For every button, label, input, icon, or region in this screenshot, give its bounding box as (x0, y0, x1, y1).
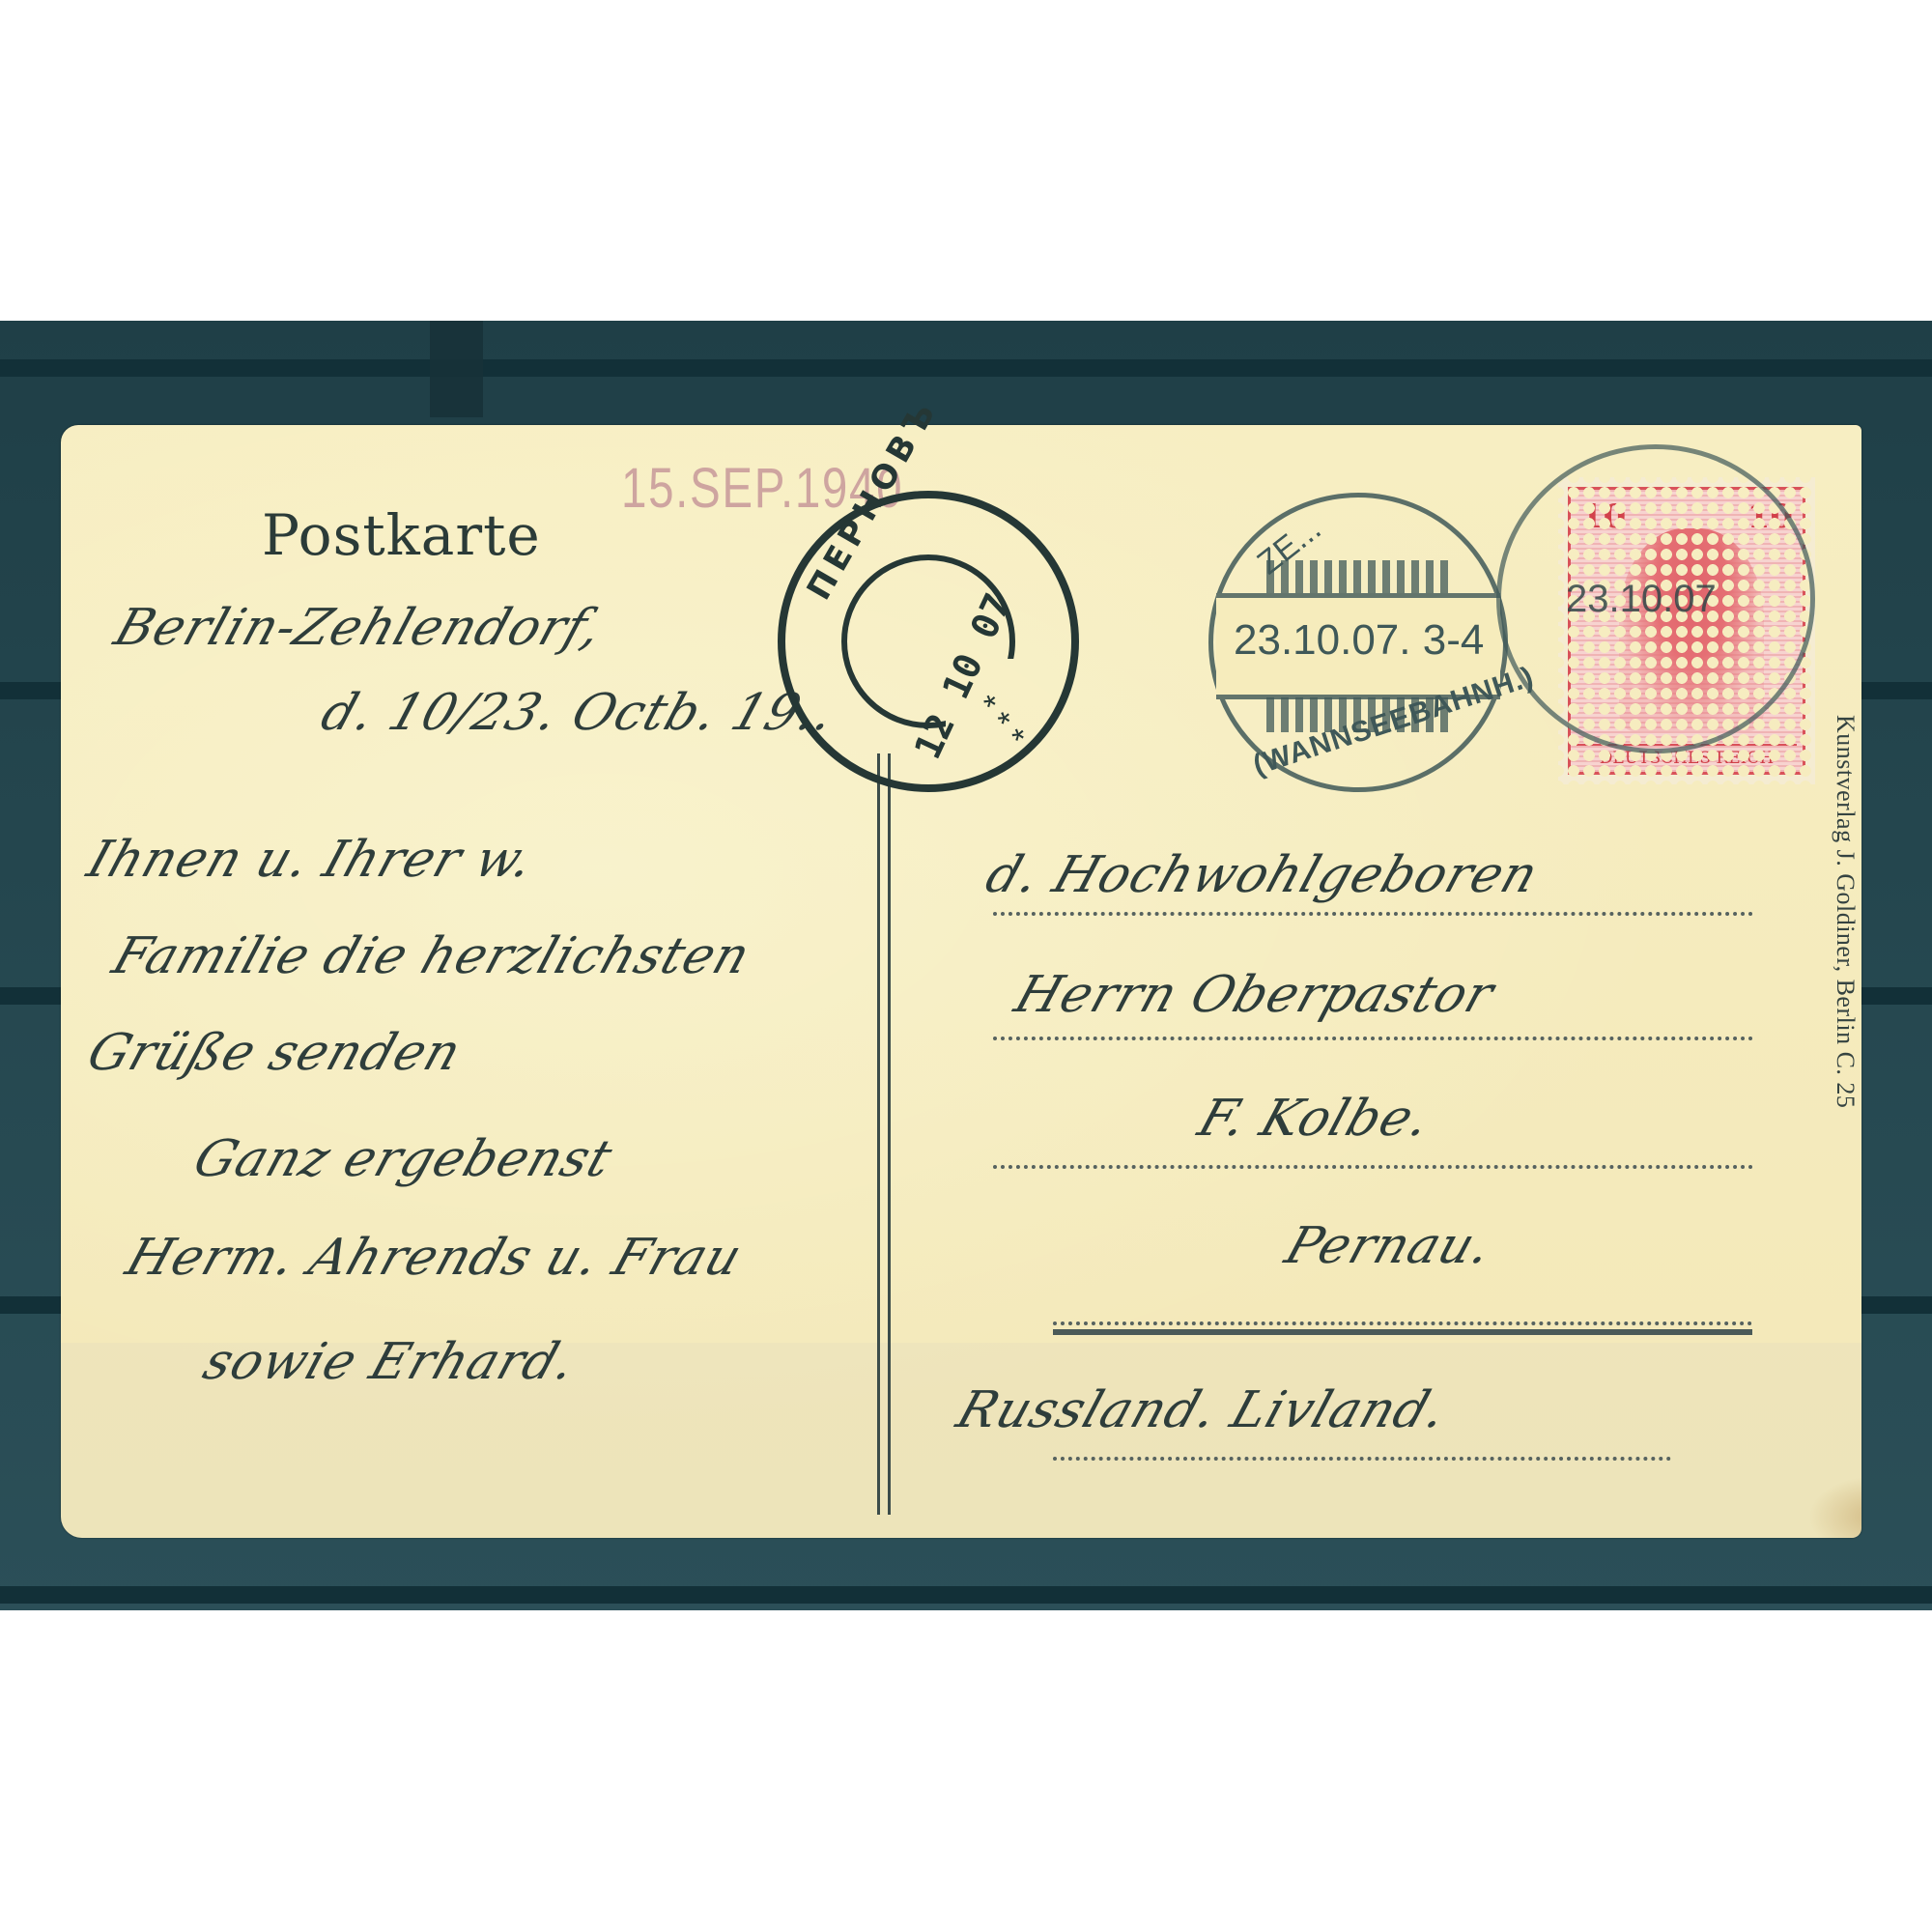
mount-strip (430, 321, 483, 417)
pernau-postmark: ПЕРНОВЪ 12 10 07 * * * (778, 491, 1079, 792)
divider-line (888, 753, 891, 1515)
address-rule (1053, 1321, 1752, 1325)
message-line: Ihnen u. Ihrer w. (80, 831, 541, 889)
address-line: F. Kolbe. (1191, 1090, 1438, 1148)
address-line: d. Hochwohlgeboren (979, 846, 1546, 904)
message-line: Ganz ergebenst (186, 1130, 619, 1188)
message-line: Herm. Ahrends u. Frau (119, 1229, 749, 1287)
postcard-heading: Postkarte (262, 502, 541, 568)
message-line: d. 10/23. Octb. 19.. (314, 684, 842, 742)
message-line: Berlin-Zehlendorf, (107, 599, 610, 657)
album-stripe (0, 359, 1932, 377)
album-stripe (0, 1586, 1932, 1604)
address-line: Pernau. (1278, 1217, 1499, 1275)
message-line: Familie die herzlichsten (105, 927, 757, 985)
divider-line (877, 753, 880, 1515)
address-rule (1053, 1457, 1671, 1461)
address-rule (993, 912, 1753, 916)
address-line: Herrn Oberpastor (1008, 966, 1501, 1024)
zehlendorf-postmark: ZE... 23.10.07. 3-4 (WANNSEEBAHNH.) (1208, 493, 1508, 792)
address-line: Russland. Livland. (950, 1381, 1454, 1439)
address-rule (993, 1037, 1753, 1040)
message-line: sowie Erhard. (196, 1333, 583, 1391)
stamp-postmark: 23.10.07 (1496, 444, 1815, 753)
publisher-imprint: Kunstverlag J. Goldiner, Berlin C. 25 (1831, 715, 1860, 1108)
message-line: Grüße senden (80, 1024, 469, 1082)
postcard: 15.SEP.1940 Postkarte Berlin-Zehlendorf,… (61, 425, 1861, 1538)
address-underline (1053, 1329, 1752, 1335)
address-rule (993, 1165, 1753, 1169)
